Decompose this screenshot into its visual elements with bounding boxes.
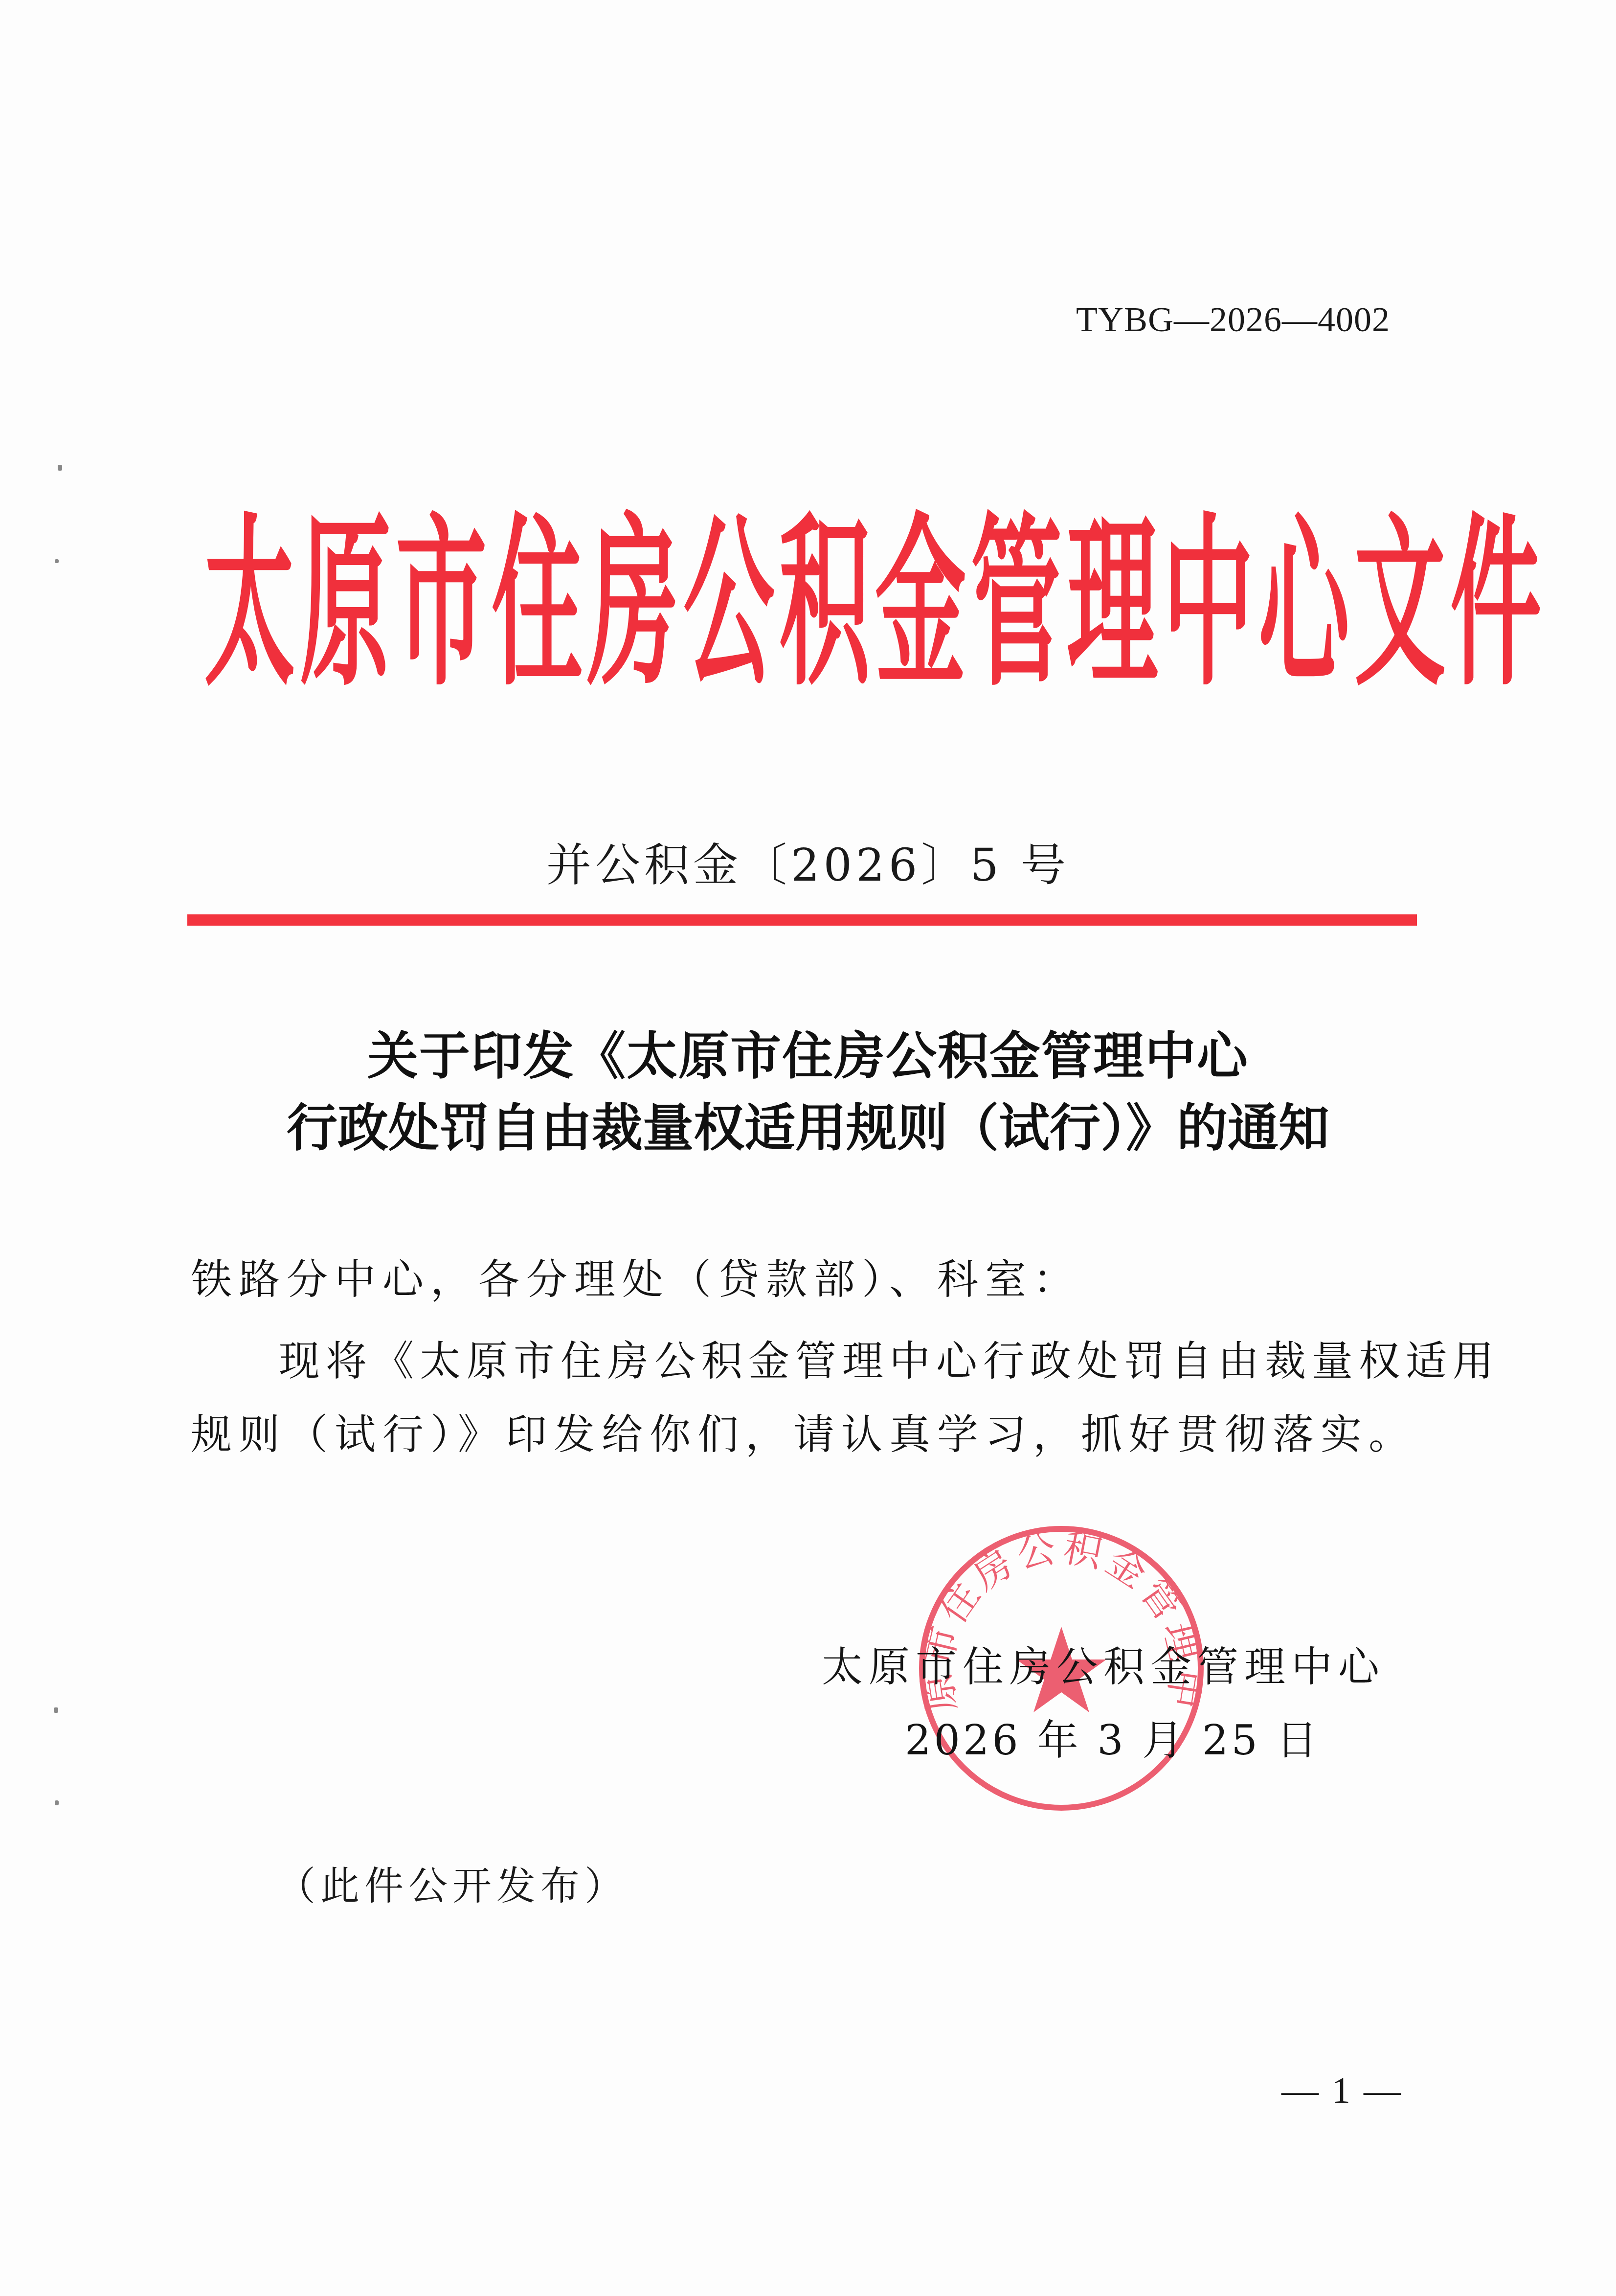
- masthead-title: 太 原 市 住 房 公 积 金 管 理 中 心 文 件: [186, 509, 1428, 700]
- scan-speck: [58, 465, 62, 471]
- page-number: — 1 —: [1281, 2069, 1403, 2112]
- addressee: 铁路分中心，各分理处（贷款部）、科室：: [191, 1247, 1081, 1306]
- release-note: （此件公开发布）: [276, 1854, 628, 1910]
- scan-speck: [54, 1707, 58, 1713]
- masthead-char: 中: [1163, 485, 1222, 724]
- masthead-char: 市: [396, 485, 455, 724]
- masthead-char: 文: [1354, 485, 1414, 724]
- document-title-line-2: 行政处罚自由裁量权适用规则（试行）》的通知: [0, 1087, 1616, 1160]
- masthead-char: 原: [300, 485, 359, 724]
- issue-date: 2026 年 3 月 25 日: [905, 1707, 1321, 1767]
- document-title-line-1: 关于印发《太原市住房公积金管理中心: [0, 1015, 1616, 1089]
- body-paragraph-line-1: 现将《太原市住房公积金管理中心行政处罚自由裁量权适用: [279, 1328, 1500, 1387]
- document-serial-number: TYBG—2026—4002: [1076, 299, 1390, 340]
- document-number: 并公积金〔2026〕5 号: [0, 829, 1616, 894]
- masthead-char: 理: [1067, 485, 1126, 724]
- scan-speck: [55, 1800, 59, 1805]
- body-paragraph-line-2: 规则（试行）》印发给你们，请认真学习，抓好贯彻落实。: [191, 1402, 1416, 1461]
- masthead-char: 房: [587, 485, 647, 724]
- masthead-char: 住: [492, 485, 551, 724]
- masthead-char: 管: [971, 485, 1031, 724]
- issuer-signature: 太原市住房公积金管理中心: [822, 1634, 1385, 1693]
- scan-speck: [55, 559, 59, 563]
- masthead-char: 件: [1450, 485, 1510, 724]
- masthead-char: 太: [204, 485, 264, 724]
- masthead-char: 公: [683, 485, 743, 724]
- masthead-char: 积: [779, 485, 839, 724]
- masthead-char: 心: [1258, 485, 1318, 724]
- masthead-char: 金: [875, 485, 935, 724]
- red-separator-rule: [187, 914, 1417, 926]
